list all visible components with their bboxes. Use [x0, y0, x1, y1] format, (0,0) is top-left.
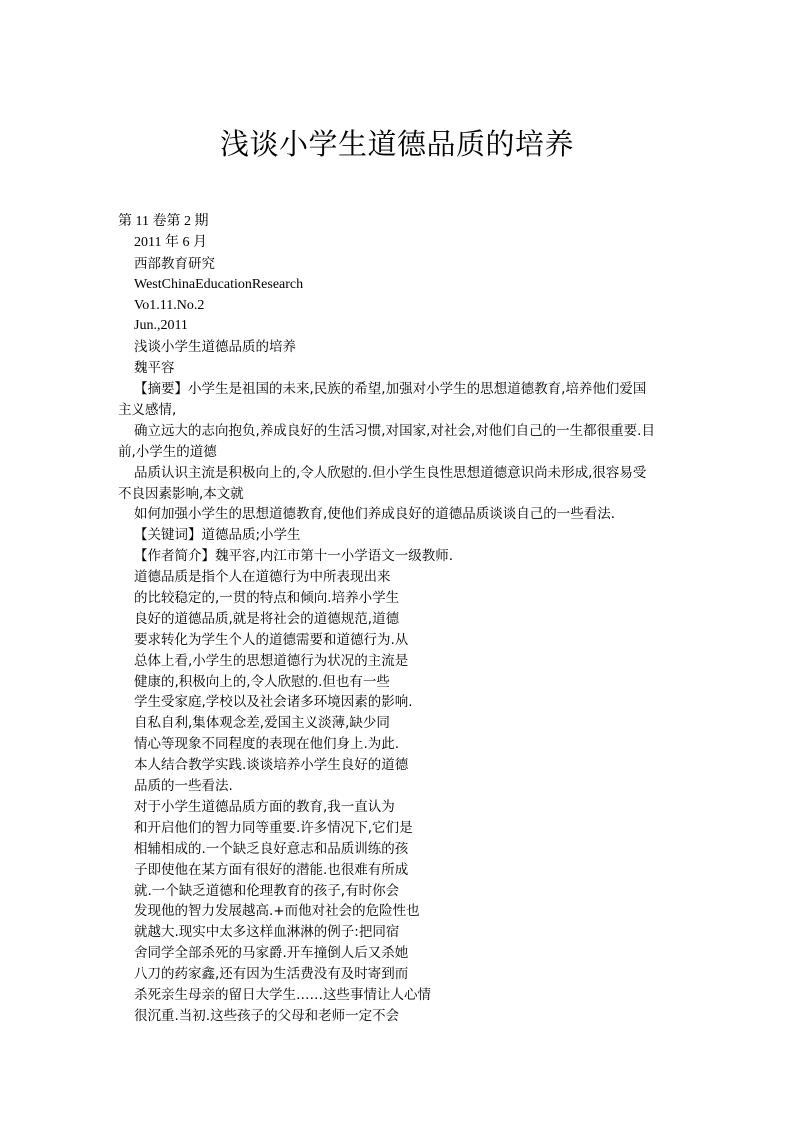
abstract-line: 如何加强小学生的思想道德教育,使他们养成良好的道德品质谈谈自己的一些看法.: [118, 504, 678, 525]
body-line: 对于小学生道德品质方面的教育,我一直认为: [118, 797, 678, 818]
body-line: 杀死亲生母亲的留日大学生……这些事情让人心情: [118, 985, 678, 1006]
body-line: 子即使他在某方面有很好的潜能.也很难有所成: [118, 860, 678, 881]
author-intro: 【作者简介】魏平容,内江市第十一小学语文一级教师.: [118, 546, 678, 567]
body-line: 和开启他们的智力同等重要.许多情况下,它们是: [118, 818, 678, 839]
abstract-line: 品质认识主流是积极向上的,令人欣慰的.但小学生良性思想道德意识尚未形成,很容易受: [118, 463, 678, 484]
body-line: 学生受家庭,学校以及社会诸多环境因素的影响.: [118, 692, 678, 713]
abstract-line: 不良因素影响,本文就: [118, 484, 678, 505]
body-line: 发现他的智力发展越高.+而他对社会的危险性也: [118, 901, 678, 922]
volume-number-en: Vo1.11.No.2: [118, 296, 678, 317]
abstract-line: 确立远大的志向抱负,养成良好的生活习惯,对国家,对社会,对他们自己的一生都很重要…: [118, 421, 678, 442]
document-body: 第 11 卷第 2 期 2011 年 6 月 西部教育研究 WestChinaE…: [118, 212, 678, 1027]
publication-date: 2011 年 6 月: [118, 233, 678, 254]
body-line: 八刀的药家鑫,还有因为生活费没有及时寄到而: [118, 964, 678, 985]
body-line: 的比较稳定的,一贯的特点和倾向.培养小学生: [118, 588, 678, 609]
journal-name-cn: 西部教育研究: [118, 254, 678, 275]
body-line: 本人结合教学实践.谈谈培养小学生良好的道德: [118, 755, 678, 776]
body-line: 健康的,积极向上的,令人欣慰的.但也有一些: [118, 672, 678, 693]
body-line: 相辅相成的.一个缺乏良好意志和品质训练的孩: [118, 839, 678, 860]
body-line: 情心等现象不同程度的表现在他们身上.为此.: [118, 734, 678, 755]
body-line: 就越大.现实中太多这样血淋淋的例子:把同宿: [118, 922, 678, 943]
abstract-line: 【摘要】小学生是祖国的未来,民族的希望,加强对小学生的思想道德教育,培养他们爱国: [118, 379, 678, 400]
body-line: 道德品质是指个人在道德行为中所表现出来: [118, 567, 678, 588]
body-line: 很沉重.当初.这些孩子的父母和老师一定不会: [118, 1006, 678, 1027]
page-title: 浅谈小学生道德品质的培养: [0, 124, 794, 164]
body-line: 总体上看,小学生的思想道德行为状况的主流是: [118, 651, 678, 672]
volume-issue: 第 11 卷第 2 期: [118, 212, 678, 233]
body-line: 舍同学全部杀死的马家爵.开车撞倒人后又杀她: [118, 943, 678, 964]
body-line: 良好的道德品质,就是将社会的道德规范,道德: [118, 609, 678, 630]
body-line: 自私自利,集体观念差,爱国主义淡薄,缺少同: [118, 713, 678, 734]
body-line: 就.一个缺乏道德和伦理教育的孩子,有时你会: [118, 881, 678, 902]
abstract-line: 前,小学生的道德: [118, 442, 678, 463]
author-name: 魏平容: [118, 358, 678, 379]
publication-date-en: Jun.,2011: [118, 316, 678, 337]
body-line: 品质的一些看法.: [118, 776, 678, 797]
body-line: 要求转化为学生个人的道德需要和道德行为.从: [118, 630, 678, 651]
keywords: 【关键词】道德品质;小学生: [118, 525, 678, 546]
article-title: 浅谈小学生道德品质的培养: [118, 337, 678, 358]
abstract-line: 主义感情,: [118, 400, 678, 421]
journal-name-en: WestChinaEducationResearch: [118, 275, 678, 296]
